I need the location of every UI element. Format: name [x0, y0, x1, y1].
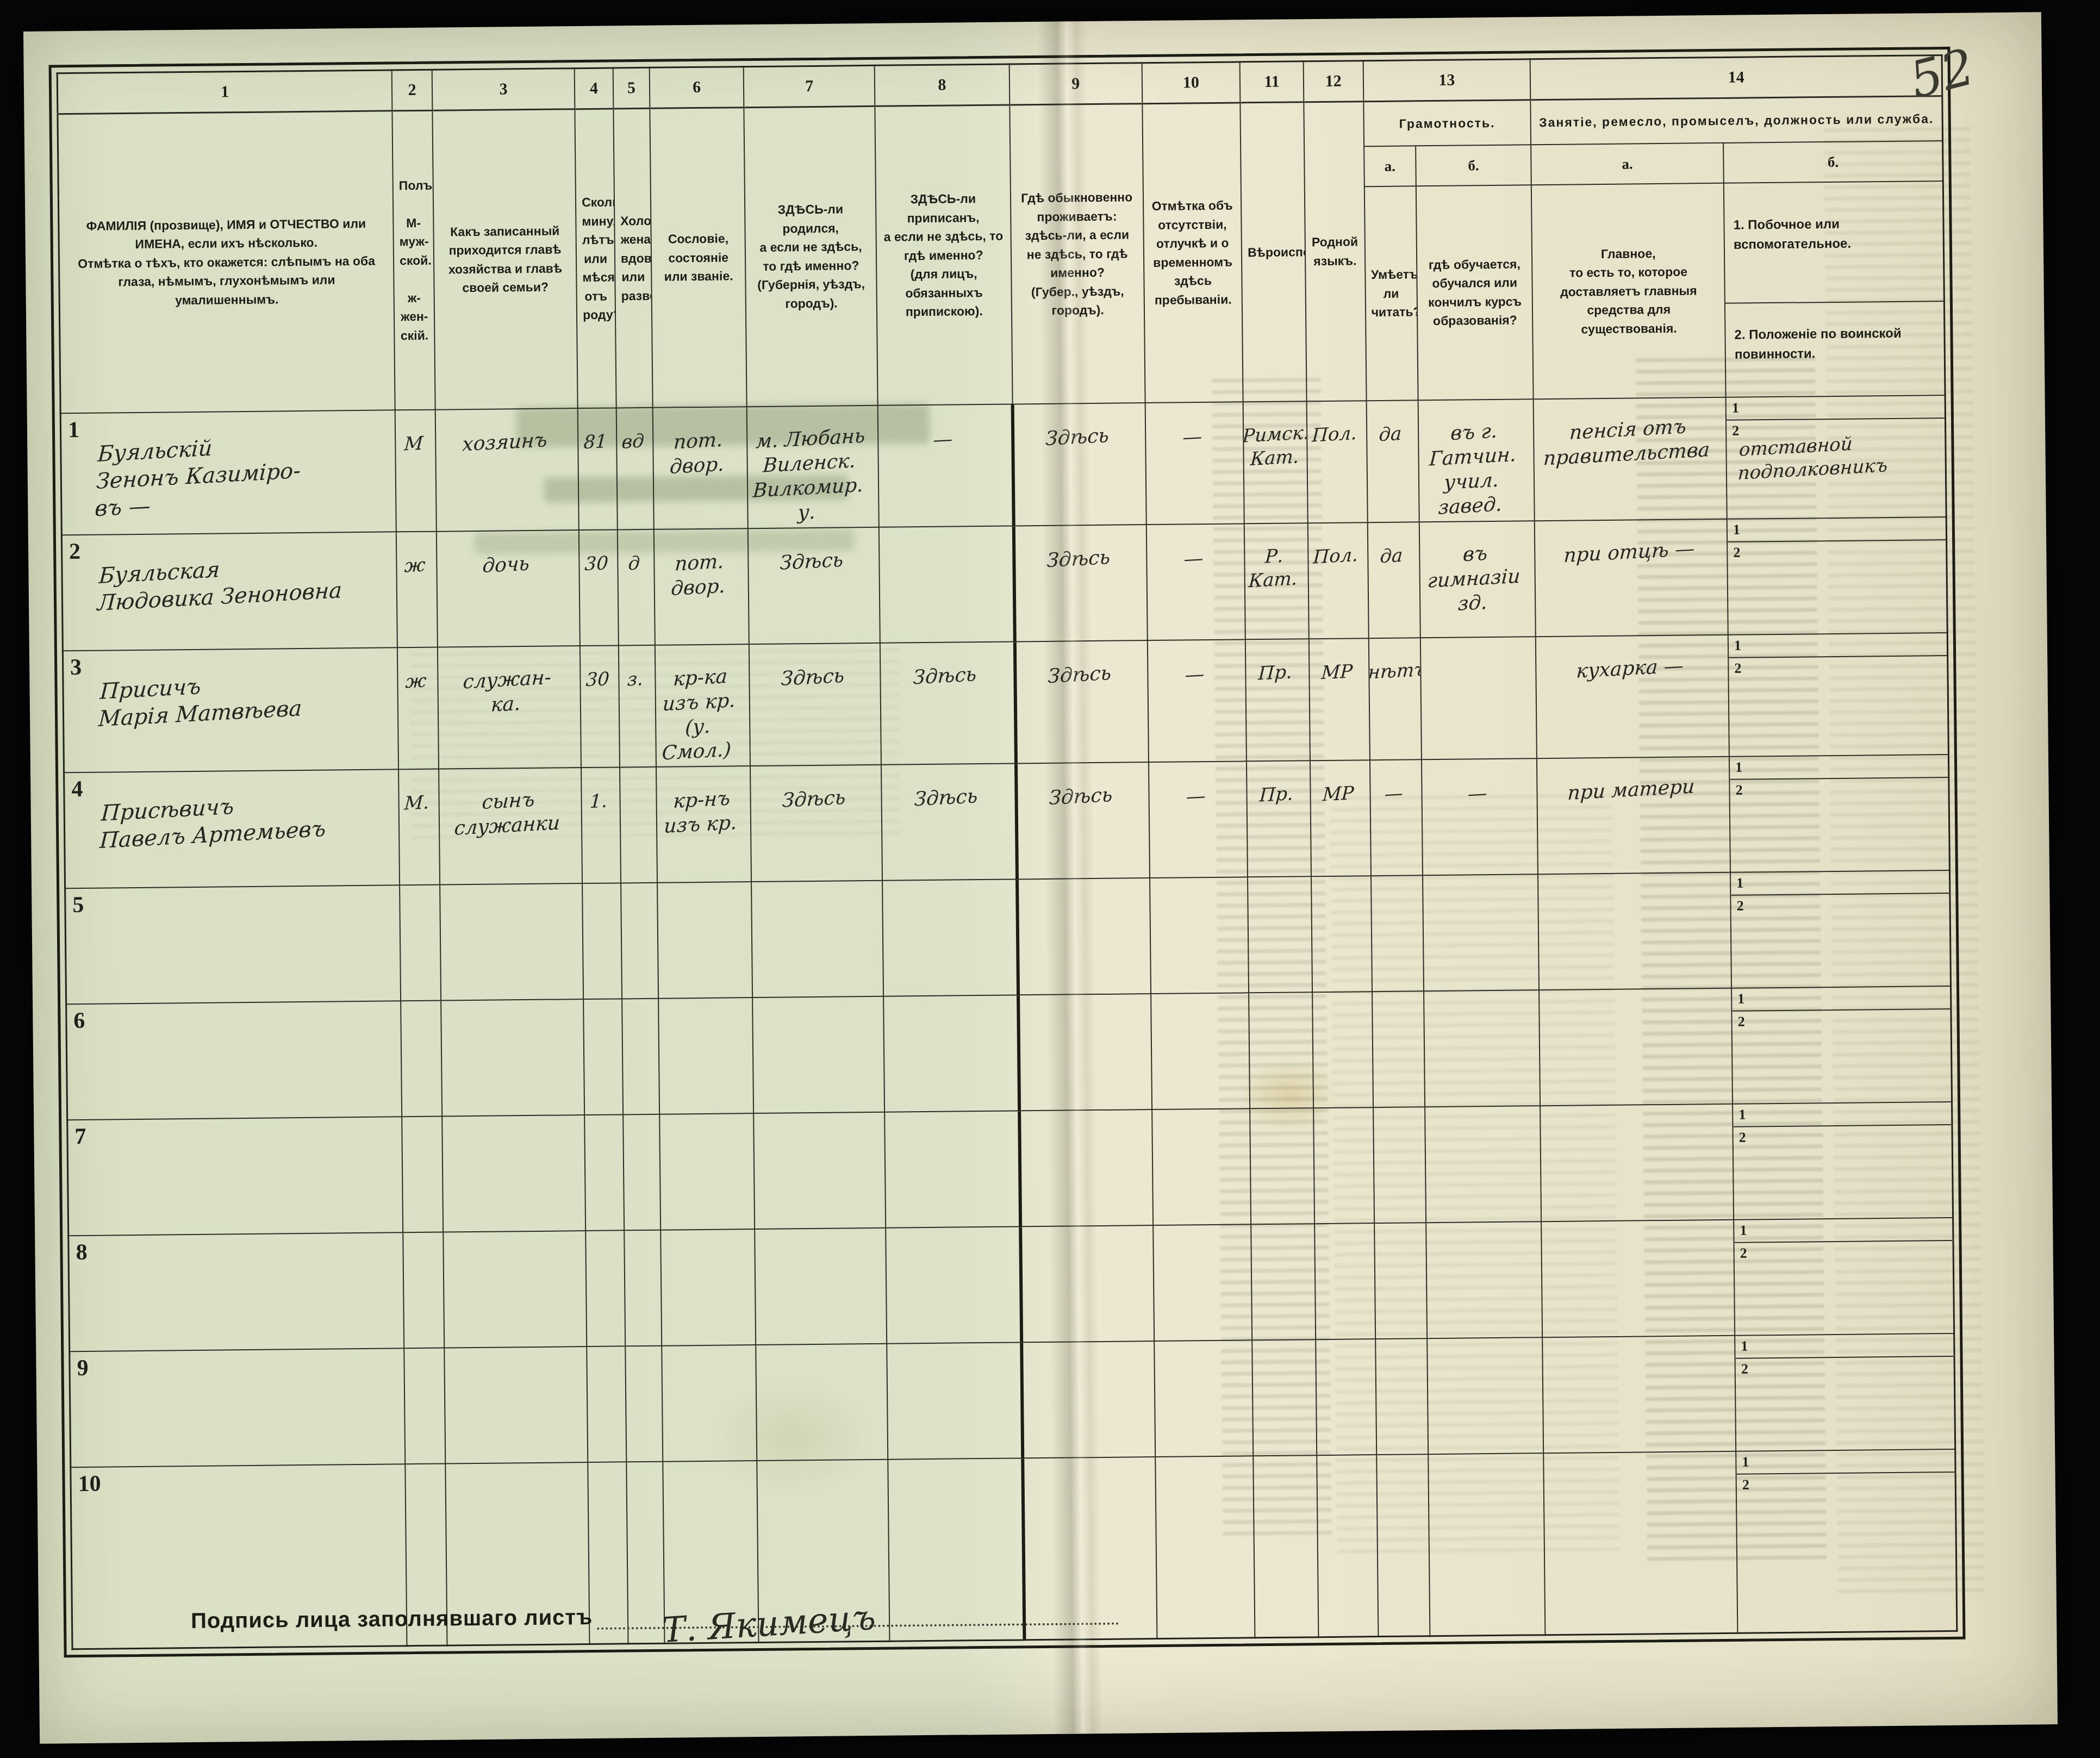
cell-c10 — [1152, 1108, 1251, 1225]
cell-c13b — [1423, 874, 1539, 991]
handwriting-entry: 30 — [584, 529, 609, 576]
handwriting-entry — [952, 1344, 954, 1366]
header-14b-letter: б. — [1723, 141, 1943, 183]
cell-c7 — [754, 1112, 886, 1229]
cell-c9 — [1018, 994, 1152, 1111]
header-relation: Какъ записанный приходится главѣ хозяйст… — [433, 109, 578, 409]
cell-c12: МР — [1309, 638, 1370, 760]
handwriting-entry: Здѣсь — [1046, 525, 1112, 573]
cell-c13b: въ г. Гатчин. учил. завед. — [1418, 399, 1535, 522]
handwriting-entry: — — [1182, 402, 1204, 450]
handwriting-entry — [1480, 992, 1481, 1013]
cell-c6: кр-ка изъ кр. (у. Смол.) — [655, 644, 750, 767]
cell-c7 — [755, 1227, 887, 1344]
subcell-2: 2 — [1734, 1124, 1952, 1149]
handwriting-entry — [419, 886, 420, 907]
cell-c6 — [659, 1113, 755, 1230]
handwriting-entry — [638, 884, 639, 906]
cell-c11: Римск. Кат. — [1243, 401, 1308, 523]
handwriting-entry — [954, 1460, 955, 1481]
handwriting-entry — [605, 1347, 606, 1369]
cell-c13a — [1376, 1454, 1430, 1637]
cell-c2: М — [395, 409, 437, 532]
cell-name: 3Присичъ Марія Матвѣева — [63, 647, 398, 772]
handwriting-entry: пот. двор. — [670, 528, 728, 601]
handwriting-entry — [602, 1000, 603, 1021]
handwriting-entry: — — [1467, 759, 1489, 806]
col-num-10: 10 — [1142, 62, 1240, 104]
handwriting-entry — [817, 998, 818, 1019]
handwriting-entry — [1084, 995, 1085, 1017]
cell-c14b: 12 — [1734, 1217, 1954, 1335]
handwriting-entry — [706, 1114, 707, 1136]
cell-c6 — [662, 1345, 757, 1462]
cell-c2: ж — [396, 531, 438, 647]
cell-c14b: 12 — [1729, 754, 1949, 872]
cell-c8: Здѣсь — [881, 763, 1017, 880]
cell-c14a — [1544, 1451, 1738, 1635]
cell-c3: сынъ служанки — [439, 768, 582, 885]
handwriting-entry — [1634, 990, 1635, 1012]
cell-c11 — [1252, 1339, 1317, 1456]
handwriting-entry: Здѣсь — [780, 527, 845, 575]
cell-c9: Здѣсь — [1013, 525, 1147, 641]
cell-c10: — — [1146, 523, 1245, 640]
handwriting-entry — [424, 1464, 425, 1486]
handwriting-entry — [643, 1347, 644, 1369]
table-row: 912 — [70, 1333, 1955, 1467]
cell-c4 — [582, 883, 622, 999]
cell-c11 — [1251, 1224, 1316, 1340]
cell-c5: з. — [619, 645, 656, 767]
cell-c4 — [583, 999, 623, 1115]
header-13b-letter: б. — [1416, 145, 1531, 186]
table-body: 1Буяльскій Зенонъ Казиміро- въ —Мхозяинъ… — [60, 395, 1957, 1649]
header-literacy-group: Грамотность. — [1363, 100, 1531, 146]
cell-c4 — [587, 1346, 626, 1462]
handwriting-entry — [703, 883, 705, 905]
handwriting-entry: хозяинъ — [462, 408, 549, 457]
table-row: 1Буяльскій Зенонъ Казиміро- въ —Мхозяинъ… — [60, 395, 1946, 534]
cell-c2: ж — [397, 647, 439, 769]
handwriting-entry — [821, 1461, 822, 1482]
cell-c13b — [1425, 1106, 1541, 1223]
handwriting-entry: 1. — [589, 768, 609, 814]
handwriting-entry — [1344, 1340, 1345, 1362]
handwriting-entry — [1083, 880, 1084, 901]
cell-c14a — [1540, 1104, 1734, 1221]
cell-c13b — [1420, 637, 1537, 759]
cell-c14b: 12 — [1735, 1333, 1955, 1451]
handwriting-entry: МР — [1322, 760, 1356, 807]
col-num-13: 13 — [1363, 59, 1530, 102]
cell-c6 — [657, 882, 752, 999]
handwriting-entry — [515, 1464, 516, 1486]
header-estate: Сословіе, состояніе или званіе. — [650, 108, 747, 408]
handwriting-entry: при матери — [1567, 756, 1697, 805]
handwriting-name — [68, 1232, 402, 1265]
cell-c2 — [400, 884, 441, 1001]
handwriting-entry — [949, 996, 950, 1018]
handwriting-entry — [422, 1233, 423, 1255]
cell-c10: — — [1145, 402, 1244, 525]
census-table-frame: 1 2 3 4 5 6 7 8 9 10 11 12 13 14 ФАМИЛІЯ… — [49, 47, 1966, 1657]
handwriting-entry: — — [1183, 524, 1205, 571]
cell-c13b — [1424, 990, 1540, 1107]
header-sex: Полъ. М-муж-ской. ж-жен-скій. — [392, 110, 435, 410]
handwriting-entry: Здѣсь — [782, 764, 848, 813]
col-num-6: 6 — [650, 67, 744, 109]
cell-c14b: 12 — [1730, 870, 1951, 988]
cell-c11 — [1250, 1108, 1314, 1224]
handwriting-entry: — — [1186, 762, 1207, 809]
handwriting-entry — [1280, 993, 1281, 1015]
header-residence: Гдѣ обыкновенно проживаетъ: здѣсь-ли, а … — [1010, 104, 1145, 404]
handwriting-entry — [1340, 877, 1341, 899]
handwriting-entry: кухарка — — [1576, 634, 1686, 683]
cell-c14a: пенсія отъ правительства — [1534, 397, 1727, 520]
header-can-read: Умѣетъ-ли читать? — [1364, 186, 1418, 400]
handwriting-entry — [1637, 1337, 1638, 1359]
col-num-8: 8 — [875, 64, 1010, 106]
handwriting-entry: нѣтъ — [1368, 638, 1422, 684]
handwriting-entry: Пол. — [1312, 401, 1359, 447]
handwriting-entry: въ г. Гатчин. учил. завед. — [1418, 399, 1532, 521]
cell-c8: — — [878, 404, 1014, 527]
handwriting-entry — [1401, 1455, 1402, 1477]
handwriting-entry: Пол. — [1313, 522, 1360, 569]
header-name-column: ФАМИЛІЯ (прозвище), ИМЯ и ОТЧЕСТВО или И… — [58, 111, 395, 413]
cell-c8: Здѣсь — [880, 641, 1016, 764]
handwriting-entry: кр-ка изъ кр. (у. Смол.) — [655, 644, 748, 766]
handwriting-entry: Здѣсь — [781, 643, 846, 691]
handwriting-entry — [511, 1001, 512, 1023]
handwriting-entry — [1477, 638, 1478, 660]
handwriting-entry — [950, 1112, 951, 1134]
cell-c14b: 12 — [1736, 1449, 1957, 1633]
handwriting-name: Буяльская Людовика Зеноновна — [61, 532, 395, 619]
table-row: 4Присѣвичъ Павелъ АртемьевъМ.сынъ служан… — [64, 754, 1950, 888]
cell-c9 — [1019, 1109, 1153, 1226]
handwriting-entry — [951, 1228, 952, 1250]
col-num-5: 5 — [613, 67, 650, 109]
handwriting-entry: вд — [621, 408, 646, 454]
cell-c10 — [1154, 1340, 1253, 1457]
handwriting-entry — [423, 1349, 424, 1370]
handwriting-entry — [1636, 1221, 1637, 1243]
handwriting-entry — [1281, 1109, 1282, 1131]
cell-c8 — [879, 526, 1015, 643]
handwriting-entry — [818, 1113, 819, 1135]
handwriting-entry — [1345, 1456, 1347, 1478]
handwriting-name — [66, 1001, 400, 1033]
handwriting-entry: пот. двор. — [669, 407, 727, 479]
cell-c14b: 12отставной подполковникъ — [1726, 395, 1947, 519]
cell-c14b: 12 — [1727, 516, 1947, 634]
cell-c4: 81 — [578, 408, 618, 530]
handwriting-entry: да — [1379, 400, 1404, 446]
cell-c5 — [621, 882, 658, 999]
header-13a-letter: а. — [1364, 146, 1416, 186]
handwriting-entry — [1638, 1453, 1640, 1475]
handwriting-entry — [816, 882, 817, 903]
cell-c8 — [882, 879, 1018, 996]
cell-c13b — [1427, 1337, 1543, 1454]
handwriting-entry — [1088, 1458, 1089, 1480]
cell-c13b — [1428, 1453, 1545, 1636]
header-main-occupation: Главное, то есть то, которое доставляетъ… — [1531, 183, 1726, 399]
handwriting-entry: отставной подполковникъ — [1726, 409, 1945, 488]
cell-c11: Пр. — [1247, 760, 1311, 877]
col-num-4: 4 — [575, 68, 613, 109]
handwriting-entry — [644, 1463, 645, 1485]
handwriting-entry: 81 — [583, 408, 608, 454]
cell-c13a: да — [1367, 522, 1420, 638]
handwriting-entry — [1635, 1106, 1636, 1127]
handwriting-entry — [1282, 1225, 1283, 1246]
table-row: 612 — [66, 986, 1952, 1119]
handwriting-entry — [948, 881, 949, 902]
cell-c3 — [444, 1231, 587, 1348]
handwriting-entry — [1479, 876, 1480, 897]
handwriting-entry: Здѣсь — [1049, 762, 1114, 811]
header-14a-letter: а. — [1531, 143, 1723, 185]
cell-c8 — [887, 1342, 1023, 1459]
handwriting-entry — [820, 1345, 821, 1367]
handwriting-entry — [1203, 1457, 1204, 1479]
handwriting-name: Присичъ Марія Матвѣева — [63, 647, 396, 735]
handwriting-entry — [421, 1117, 422, 1139]
cell-c12 — [1312, 992, 1373, 1108]
handwriting-entry — [1343, 1224, 1344, 1246]
cell-c14a: при отцѣ — — [1535, 519, 1728, 636]
cell-c10 — [1150, 877, 1249, 994]
handwriting-entry — [1085, 1111, 1086, 1133]
cell-c14a: при матери — [1537, 756, 1730, 874]
handwriting-entry: ж — [403, 532, 427, 578]
handwriting-entry: 30 — [585, 645, 610, 691]
header-military-status: 2. Положеніе по воинской повинности. — [1725, 301, 1944, 378]
handwriting-entry — [513, 1232, 514, 1254]
handwriting-entry — [510, 885, 511, 907]
table-row: 512 — [65, 870, 1951, 1003]
handwriting-entry — [1283, 1341, 1284, 1362]
cell-c13a — [1375, 1338, 1429, 1455]
cell-c11 — [1249, 992, 1313, 1108]
cell-name: 6 — [66, 1001, 402, 1120]
handwriting-entry: въ гимназіи зд. — [1419, 521, 1534, 619]
table-row: 3Присичъ Марія Матвѣеважслужан- ка.30з.к… — [63, 632, 1948, 772]
cell-c14a — [1539, 988, 1733, 1105]
cell-name: 4Присѣвичъ Павелъ Артемьевъ — [64, 769, 400, 888]
cell-c8 — [884, 1111, 1020, 1227]
cell-c12 — [1311, 876, 1372, 992]
cell-c9: Здѣсь — [1016, 762, 1150, 879]
cell-c8 — [886, 1226, 1021, 1343]
cell-c13b: въ гимназіи зд. — [1419, 521, 1536, 638]
subcell-2: 2 — [1736, 1355, 1954, 1380]
handwriting-entry — [514, 1348, 515, 1370]
cell-c9 — [1021, 1341, 1155, 1458]
table-row: 2Буяльская Людовика Зеноновнаждочь30дпот… — [61, 516, 1947, 650]
handwriting-entry — [1395, 876, 1397, 898]
subcell-2: 2 — [1735, 1239, 1953, 1264]
cell-c2: М. — [398, 769, 440, 885]
cell-c14b: 12 — [1731, 986, 1952, 1104]
handwriting-entry — [512, 1117, 513, 1138]
handwriting-entry: Пр. — [1259, 760, 1295, 807]
handwriting-entry: — — [1184, 640, 1206, 687]
handwriting-entry — [1341, 993, 1342, 1014]
cell-c10: — — [1148, 639, 1247, 762]
signature-label: Подпись лица заполнявшаго листъ — [191, 1605, 593, 1634]
handwriting-entry — [1400, 1339, 1401, 1361]
header-age: Сколько минуло лѣтъ или мѣсяцевъ отъ род… — [575, 109, 616, 408]
handwriting-entry — [606, 1463, 607, 1485]
cell-c14a — [1541, 1219, 1735, 1337]
handwriting-entry: М. — [404, 769, 431, 815]
cell-c6: пот. двор. — [653, 407, 748, 529]
handwriting-entry — [709, 1462, 710, 1483]
cell-c11 — [1248, 876, 1312, 993]
handwriting-entry — [1199, 994, 1200, 1016]
handwriting-entry — [640, 1115, 641, 1137]
handwriting-entry: пенсія отъ правительства — [1543, 397, 1713, 471]
handwriting-entry — [604, 1231, 605, 1253]
cell-c2 — [404, 1348, 445, 1464]
cell-c13b — [1426, 1221, 1542, 1338]
subcell-2: 2 — [1729, 654, 1947, 679]
cell-c7: м. Любань Виленск. Вилкомир. у. — [747, 405, 879, 528]
header-marital: Холостъ, женатъ, вдовъ или разведенъ. — [613, 108, 652, 408]
cell-c6 — [660, 1229, 756, 1346]
cell-name: 8 — [68, 1232, 404, 1351]
cell-name: 7 — [67, 1117, 403, 1236]
cell-c6: кр-нъ изъ кр. — [656, 766, 751, 883]
handwriting-name: Буяльскій Зенонъ Казиміро- въ — — [60, 410, 394, 525]
handwriting-entry: м. Любань Виленск. Вилкомир. у. — [751, 405, 867, 527]
handwriting-entry: Пр. — [1258, 639, 1294, 685]
cell-c9: Здѣсь — [1012, 403, 1146, 526]
cell-c8 — [883, 995, 1019, 1112]
cell-c2 — [402, 1116, 443, 1232]
handwriting-entry — [1633, 874, 1634, 896]
cell-c13a — [1374, 1223, 1428, 1339]
cell-c10: — — [1149, 761, 1248, 878]
cell-c14b: 12 — [1728, 632, 1949, 756]
cell-c4: 30 — [580, 645, 620, 768]
handwriting-entry: М — [403, 410, 425, 456]
handwriting-entry — [1397, 992, 1398, 1014]
col-num-3: 3 — [432, 68, 575, 111]
handwriting-entry — [1201, 1226, 1202, 1248]
header-religion: Вѣроисповѣданіе. — [1240, 102, 1306, 402]
cell-c4: 30 — [579, 529, 619, 646]
cell-c12 — [1313, 1107, 1374, 1224]
cell-c11: Пр. — [1245, 639, 1310, 761]
col-num-2: 2 — [392, 70, 433, 111]
handwriting-entry — [708, 1346, 709, 1368]
handwriting-entry: сынъ служанки — [453, 768, 563, 841]
cell-c7: Здѣсь — [749, 643, 881, 765]
header-education: гдѣ обучается, обучался или кончилъ курс… — [1416, 185, 1534, 400]
cell-c5 — [620, 766, 657, 883]
handwriting-entry — [1342, 1108, 1343, 1130]
handwriting-name — [65, 885, 398, 918]
handwriting-entry — [603, 1115, 604, 1137]
header-occupation-group: Занятіе, ремесло, промыселъ, должность и… — [1531, 96, 1943, 145]
cell-c14a — [1538, 872, 1731, 989]
cell-c7 — [756, 1343, 888, 1460]
handwriting-entry — [637, 768, 638, 790]
cell-c12 — [1314, 1223, 1375, 1339]
cell-c10 — [1155, 1456, 1255, 1639]
col-num-9: 9 — [1009, 63, 1142, 105]
col-num-14: 14 — [1530, 55, 1942, 100]
cell-c12: Пол. — [1308, 522, 1369, 639]
handwriting-name: Присѣвичъ Павелъ Артемьевъ — [64, 769, 397, 857]
col-num-12: 12 — [1303, 61, 1363, 102]
handwriting-entry — [1198, 878, 1199, 900]
handwriting-entry — [705, 999, 706, 1020]
cell-c6: пот. двор. — [654, 528, 749, 645]
col-num-11: 11 — [1240, 61, 1304, 103]
handwriting-entry — [641, 1231, 643, 1253]
header-language: Родной языкъ. — [1304, 102, 1366, 401]
cell-c10 — [1151, 993, 1250, 1109]
handwriting-entry — [1200, 1110, 1201, 1132]
handwriting-entry — [639, 1000, 640, 1021]
cell-c7: Здѣсь — [748, 527, 880, 644]
header-birthplace: ЗДѢСЬ-ли родился, а если не здѣсь, то гд… — [744, 106, 878, 406]
cell-c5: д — [618, 529, 655, 645]
handwriting-name — [71, 1464, 404, 1497]
handwriting-name — [67, 1117, 401, 1149]
handwriting-entry: да — [1380, 522, 1405, 568]
subcell-2: 2 — [1728, 539, 1946, 564]
table-row: 712 — [67, 1101, 1953, 1235]
handwriting-entry — [601, 884, 602, 906]
col-num-1: 1 — [57, 70, 392, 114]
handwriting-entry: — — [1384, 760, 1405, 806]
cell-c11 — [1253, 1455, 1318, 1638]
subcell-2: 2 — [1732, 1008, 1950, 1033]
cell-c9: Здѣсь — [1014, 640, 1148, 763]
handwriting-entry — [1399, 1224, 1400, 1245]
cell-c14a: кухарка — — [1536, 634, 1729, 758]
handwriting-entry: Р. Кат. — [1244, 523, 1307, 593]
handwriting-entry — [1202, 1342, 1203, 1363]
cell-c14a — [1542, 1335, 1736, 1452]
handwriting-name — [70, 1348, 403, 1381]
cell-c3 — [441, 999, 584, 1117]
cell-c4 — [584, 1114, 624, 1231]
cell-c5 — [623, 1114, 660, 1230]
handwriting-entry: МР — [1320, 638, 1354, 685]
handwriting-entry: служан- ка. — [461, 646, 553, 719]
handwriting-entry: дочь — [482, 530, 531, 578]
cell-c13a — [1371, 875, 1424, 992]
cell-c13a: нѣтъ — [1368, 638, 1422, 760]
handwriting-entry: Здѣсь — [914, 763, 980, 812]
handwriting-entry: ж — [405, 647, 428, 694]
cell-c3: служан- ка. — [438, 646, 581, 769]
handwriting-entry — [1284, 1456, 1285, 1478]
cell-c13a: — — [1369, 759, 1423, 876]
handwriting-entry: — — [932, 404, 954, 452]
cell-c7 — [753, 996, 885, 1113]
subcell-2: 2 — [1730, 776, 1948, 801]
